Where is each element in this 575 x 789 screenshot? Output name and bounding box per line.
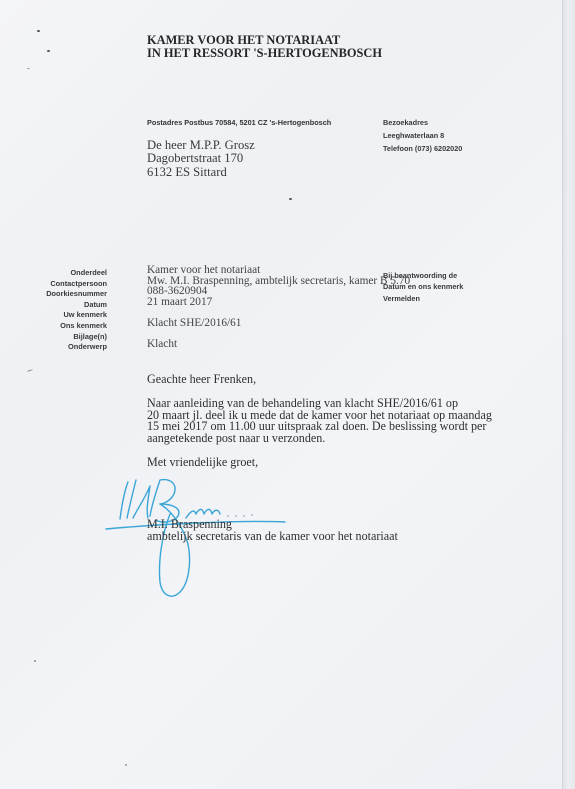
meta-label: Uw kenmerk [40,310,107,321]
visit-address-street: Leeghwaterlaan 8 [383,130,462,143]
reply-note-line-2: Datum en ons kenmerk [383,281,463,292]
visit-address-phone: Telefoon (073) 6202020 [383,143,462,156]
meta-value: Kamer voor het notariaat [147,265,410,276]
signatory-title: ambtelijk secretaris van de kamer voor h… [147,531,398,543]
scan-speck [37,30,40,32]
visit-address: Bezoekadres Leeghwaterlaan 8 Telefoon (0… [383,117,462,155]
letterhead-line-2: IN HET RESSORT 'S-HERTOGENBOSCH [147,47,382,60]
recipient-street: Dagobertstraat 170 [147,152,255,165]
reply-note-line-1: Bij beantwoording de [383,270,463,281]
salutation: Geachte heer Frenken, [147,374,507,386]
scan-speck [47,50,50,52]
meta-label: Onderdeel [40,268,107,279]
paragraph-line: aangetekende post naar u verzonden. [147,433,507,445]
reply-note-line-3: Vermelden [383,293,463,304]
letterhead: KAMER VOOR HET NOTARIAAT IN HET RESSORT … [147,34,382,60]
meta-value: 21 maart 2017 [147,297,410,308]
meta-label: Bijlage(n) [40,332,107,343]
scan-speck [125,764,127,766]
letter-body: Geachte heer Frenken, Naar aanleiding va… [147,374,507,469]
meta-labels: Onderdeel Contactpersoon Doorkiesnummer … [40,268,107,353]
body-paragraph: Naar aanleiding van de behandeling van k… [147,398,507,445]
meta-label: Onderwerp [40,342,107,353]
reply-note: Bij beantwoording de Datum en ons kenmer… [383,270,463,304]
meta-values: Kamer voor het notariaat Mw. M.I. Braspe… [147,265,410,350]
meta-label: Doorkiesnummer [40,289,107,300]
meta-value: Klacht [147,339,410,350]
scan-speck [34,660,36,662]
scan-speck [27,68,30,69]
scan-speck [27,369,33,372]
meta-label: Ons kenmerk [40,321,107,332]
letter-page: KAMER VOOR HET NOTARIAAT IN HET RESSORT … [0,0,562,789]
postal-address: Postadres Postbus 70584, 5201 CZ 's-Hert… [147,118,331,127]
scanner-edge [562,0,575,789]
visit-address-label: Bezoekadres [383,117,462,130]
signatory: M.I. Braspenning ambtelijk secretaris va… [147,519,398,543]
recipient-city: 6132 ES Sittard [147,166,255,179]
closing: Met vriendelijke groet, [147,457,507,469]
meta-label: Datum [40,300,107,311]
recipient-name: De heer M.P.P. Grosz [147,139,255,152]
recipient-address: De heer M.P.P. Grosz Dagobertstraat 170 … [147,139,255,179]
meta-value: Klacht SHE/2016/61 [147,318,410,329]
meta-value [147,329,410,340]
scan-speck [289,198,292,200]
meta-label: Contactpersoon [40,279,107,290]
